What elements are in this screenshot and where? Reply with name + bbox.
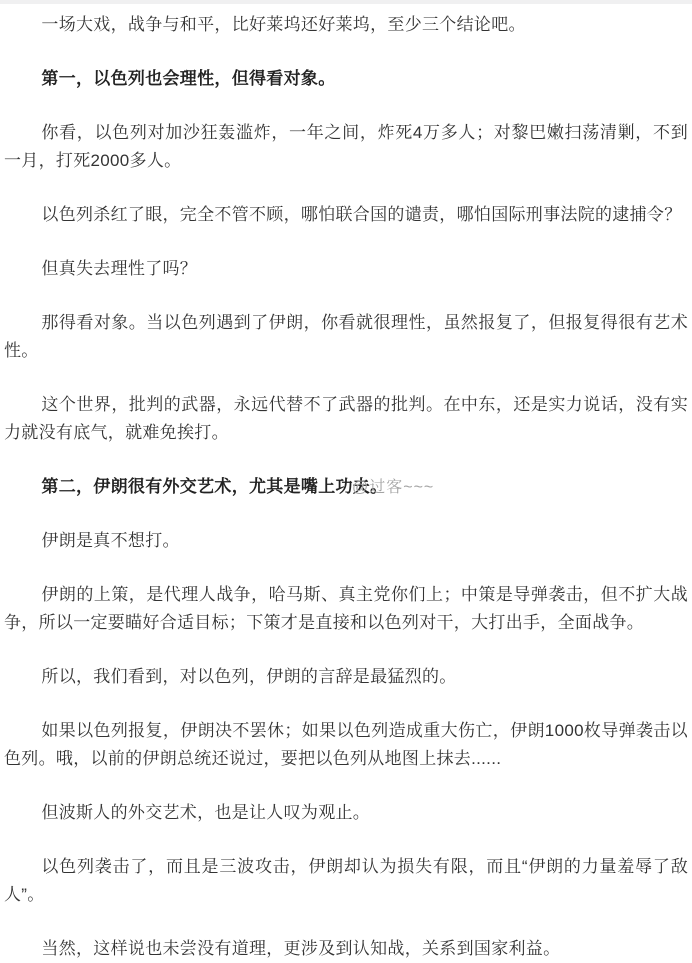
paragraph: 以色列杀红了眼，完全不管不顾，哪怕联合国的谴责，哪怕国际刑事法院的逮捕令？: [4, 201, 688, 229]
paragraph: 当然，这样说也未尝没有道理，更涉及到认知战，关系到国家利益。: [4, 935, 688, 963]
paragraph: 所以，我们看到，对以色列，伊朗的言辞是最猛烈的。: [4, 663, 688, 691]
section-heading: 第一，以色列也会理性，但得看对象。: [4, 65, 688, 93]
paragraph: 那得看对象。当以色列遇到了伊朗，你看就很理性，虽然报复了，但报复得很有艺术性。: [4, 309, 688, 365]
paragraph: 伊朗是真不想打。: [4, 527, 688, 555]
article-body: 一场大戏，战争与和平，比好莱坞还好莱坞，至少三个结论吧。 第一，以色列也会理性，…: [0, 0, 692, 963]
paragraph: 如果以色列报复，伊朗决不罢休；如果以色列造成重大伤亡，伊朗1000枚导弹袭击以色…: [4, 717, 688, 773]
paragraph: 但真失去理性了吗？: [4, 255, 688, 283]
paragraph: 伊朗的上策，是代理人战争，哈马斯、真主党你们上；中策是导弹袭击，但不扩大战争，所…: [4, 581, 688, 637]
paragraph: 以色列袭击了，而且是三波攻击，伊朗却认为损失有限，而且“伊朗的力量羞辱了敌人”。: [4, 853, 688, 909]
section-heading-text: 第二，伊朗很有外交艺术，尤其是嘴上功夫。: [41, 477, 387, 496]
paragraph: 你看，以色列对加沙狂轰滥炸，一年之间，炸死4万多人；对黎巴嫩扫荡清剿，不到一月，…: [4, 119, 688, 175]
top-divider: [0, 0, 692, 4]
paragraph: 一场大戏，战争与和平，比好莱坞还好莱坞，至少三个结论吧。: [4, 11, 688, 39]
paragraph: 但波斯人的外交艺术，也是让人叹为观止。: [4, 799, 688, 827]
section-heading: 第二，伊朗很有外交艺术，尤其是嘴上功夫。 @过客~~~: [4, 473, 688, 501]
paragraph: 这个世界，批判的武器，永远代替不了武器的批判。在中东，还是实力说话，没有实力就没…: [4, 391, 688, 447]
